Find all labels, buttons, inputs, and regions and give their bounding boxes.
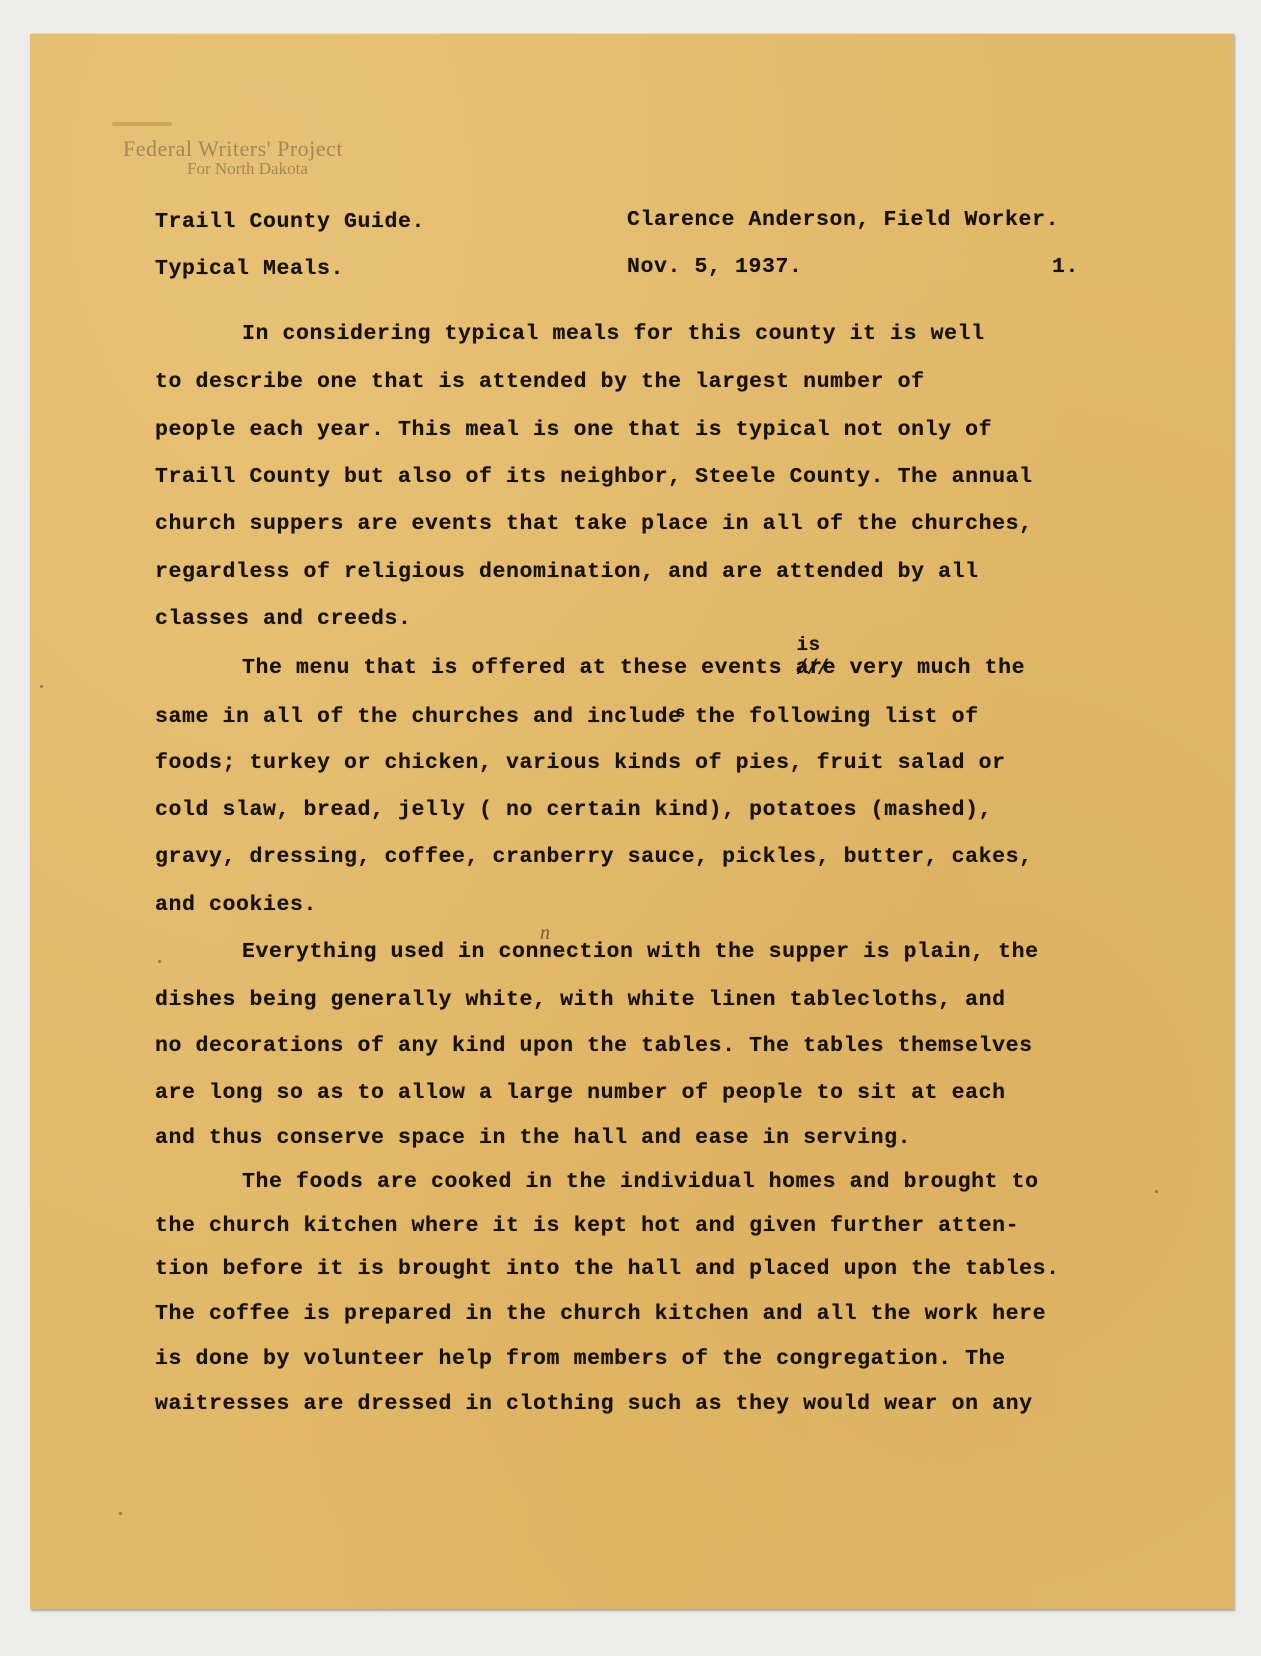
- body-line: are long so as to allow a large number o…: [155, 1081, 1006, 1105]
- stamp-line-1: Federal Writers' Project: [123, 138, 343, 160]
- body-line-text: same in all of the churches and include: [155, 705, 682, 729]
- body-line: and thus conserve space in the hall and …: [155, 1126, 911, 1150]
- body-line: tion before it is brought into the hall …: [155, 1257, 1060, 1281]
- body-line-with-correction: The menu that is offered at these events…: [242, 656, 1025, 680]
- body-line-text: very much the: [836, 656, 1025, 680]
- body-line: waitresses are dressed in clothing such …: [155, 1392, 1033, 1416]
- paper-speck: [119, 1512, 122, 1515]
- page-number: 1.: [1052, 255, 1079, 279]
- body-line-text: The menu that is offered at these events: [242, 656, 796, 680]
- body-line-with-insertion: same in all of the churches and includes…: [155, 705, 979, 729]
- body-line-text: the following list of: [682, 705, 979, 729]
- federal-writers-project-stamp: Federal Writers' Project For North Dakot…: [123, 138, 343, 177]
- body-line: regardless of religious denomination, an…: [155, 560, 979, 584]
- paper-speck: [1155, 1190, 1158, 1193]
- body-line: cold slaw, bread, jelly ( no certain kin…: [155, 798, 992, 822]
- strikethrough-marks: ///: [796, 658, 828, 681]
- paper-speck: [40, 685, 43, 688]
- body-line: The coffee is prepared in the church kit…: [155, 1302, 1046, 1326]
- stamp-line-2: For North Dakota: [187, 160, 343, 177]
- paper-scuff: [112, 122, 172, 126]
- document-title: Traill County Guide.: [155, 210, 425, 234]
- body-line: church suppers are events that take plac…: [155, 512, 1033, 536]
- body-line: Everything used in connection with the s…: [242, 940, 1039, 964]
- body-line: gravy, dressing, coffee, cranberry sauce…: [155, 845, 1033, 869]
- body-line: the church kitchen where it is kept hot …: [155, 1214, 1019, 1238]
- body-line: foods; turkey or chicken, various kinds …: [155, 751, 1006, 775]
- body-line: dishes being generally white, with white…: [155, 988, 1006, 1012]
- body-line: people each year. This meal is one that …: [155, 418, 992, 442]
- body-line: Traill County but also of its neighbor, …: [155, 465, 1033, 489]
- body-line: and cookies.: [155, 893, 317, 917]
- document-subject: Typical Meals.: [155, 257, 344, 281]
- body-line: The foods are cooked in the individual h…: [242, 1170, 1039, 1194]
- author-line: Clarence Anderson, Field Worker.: [627, 208, 1059, 232]
- body-line: classes and creeds.: [155, 607, 412, 631]
- body-line: no decorations of any kind upon the tabl…: [155, 1034, 1033, 1058]
- body-line: to describe one that is attended by the …: [155, 370, 925, 394]
- date-line: Nov. 5, 1937.: [627, 255, 803, 279]
- struck-correction: are///is: [796, 656, 837, 680]
- body-line: In considering typical meals for this co…: [242, 322, 985, 346]
- inserted-word: is: [797, 634, 821, 656]
- paper-speck: [158, 960, 161, 963]
- body-line: is done by volunteer help from members o…: [155, 1347, 1006, 1371]
